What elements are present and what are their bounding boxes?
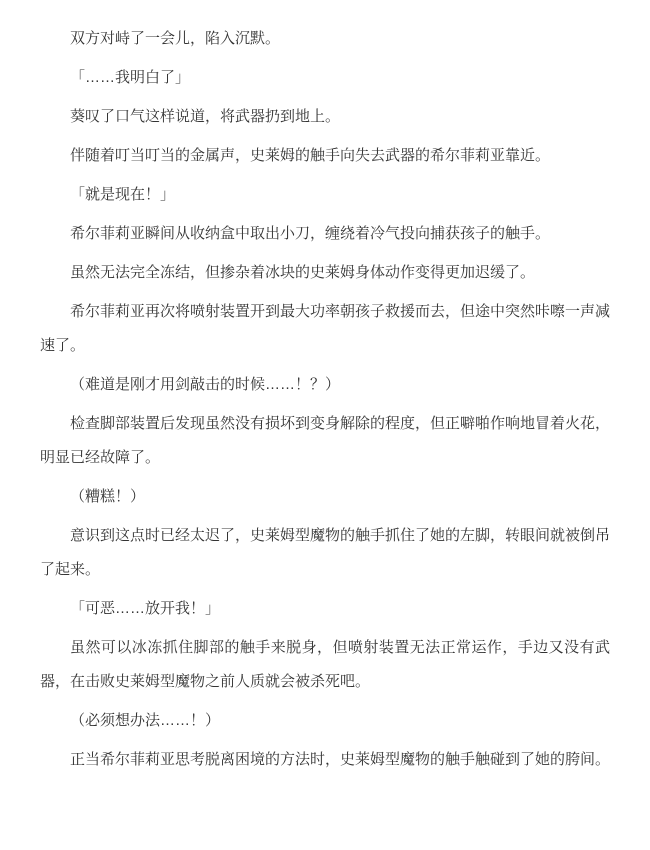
paragraph: 正当希尔菲莉亚思考脱离困境的方法时，史莱姆型魔物的触手触碰到了她的胯间。 (40, 743, 610, 777)
ebook-reader-body: { "page": { "background_color": "#ffffff… (0, 0, 650, 850)
paragraph: 葵叹了口气这样说道，将武器扔到地上。 (40, 100, 610, 134)
paragraph: 希尔菲莉亚瞬间从收纳盒中取出小刀，缠绕着冷气投向捕获孩子的触手。 (40, 217, 610, 251)
reader-page: 双方对峙了一会儿，陷入沉默。「……我明白了」葵叹了口气这样说道，将武器扔到地上。… (0, 0, 650, 850)
novel-text-content: 双方对峙了一会儿，陷入沉默。「……我明白了」葵叹了口气这样说道，将武器扔到地上。… (40, 22, 610, 777)
paragraph: （糟糕！） (40, 480, 610, 514)
paragraph: 虽然无法完全冻结，但掺杂着冰块的史莱姆身体动作变得更加迟缓了。 (40, 256, 610, 290)
paragraph: 「……我明白了」 (40, 61, 610, 95)
paragraph: （必须想办法……！） (40, 704, 610, 738)
paragraph: 意识到这点时已经太迟了，史莱姆型魔物的触手抓住了她的左脚，转眼间就被倒吊了起来。 (40, 519, 610, 587)
paragraph: 「可恶……放开我！」 (40, 592, 610, 626)
paragraph: （难道是刚才用剑敲击的时候……！？） (40, 368, 610, 402)
paragraph: 「就是现在！」 (40, 178, 610, 212)
paragraph: 伴随着叮当叮当的金属声，史莱姆的触手向失去武器的希尔菲莉亚靠近。 (40, 139, 610, 173)
paragraph: 双方对峙了一会儿，陷入沉默。 (40, 22, 610, 56)
paragraph: 虽然可以冰冻抓住脚部的触手来脱身，但喷射装置无法正常运作，手边又没有武器，在击败… (40, 631, 610, 699)
paragraph: 希尔菲莉亚再次将喷射装置开到最大功率朝孩子救援而去，但途中突然咔嚓一声减速了。 (40, 295, 610, 363)
paragraph: 检查脚部装置后发现虽然没有损坏到变身解除的程度，但正噼啪作响地冒着火花，明显已经… (40, 407, 610, 475)
